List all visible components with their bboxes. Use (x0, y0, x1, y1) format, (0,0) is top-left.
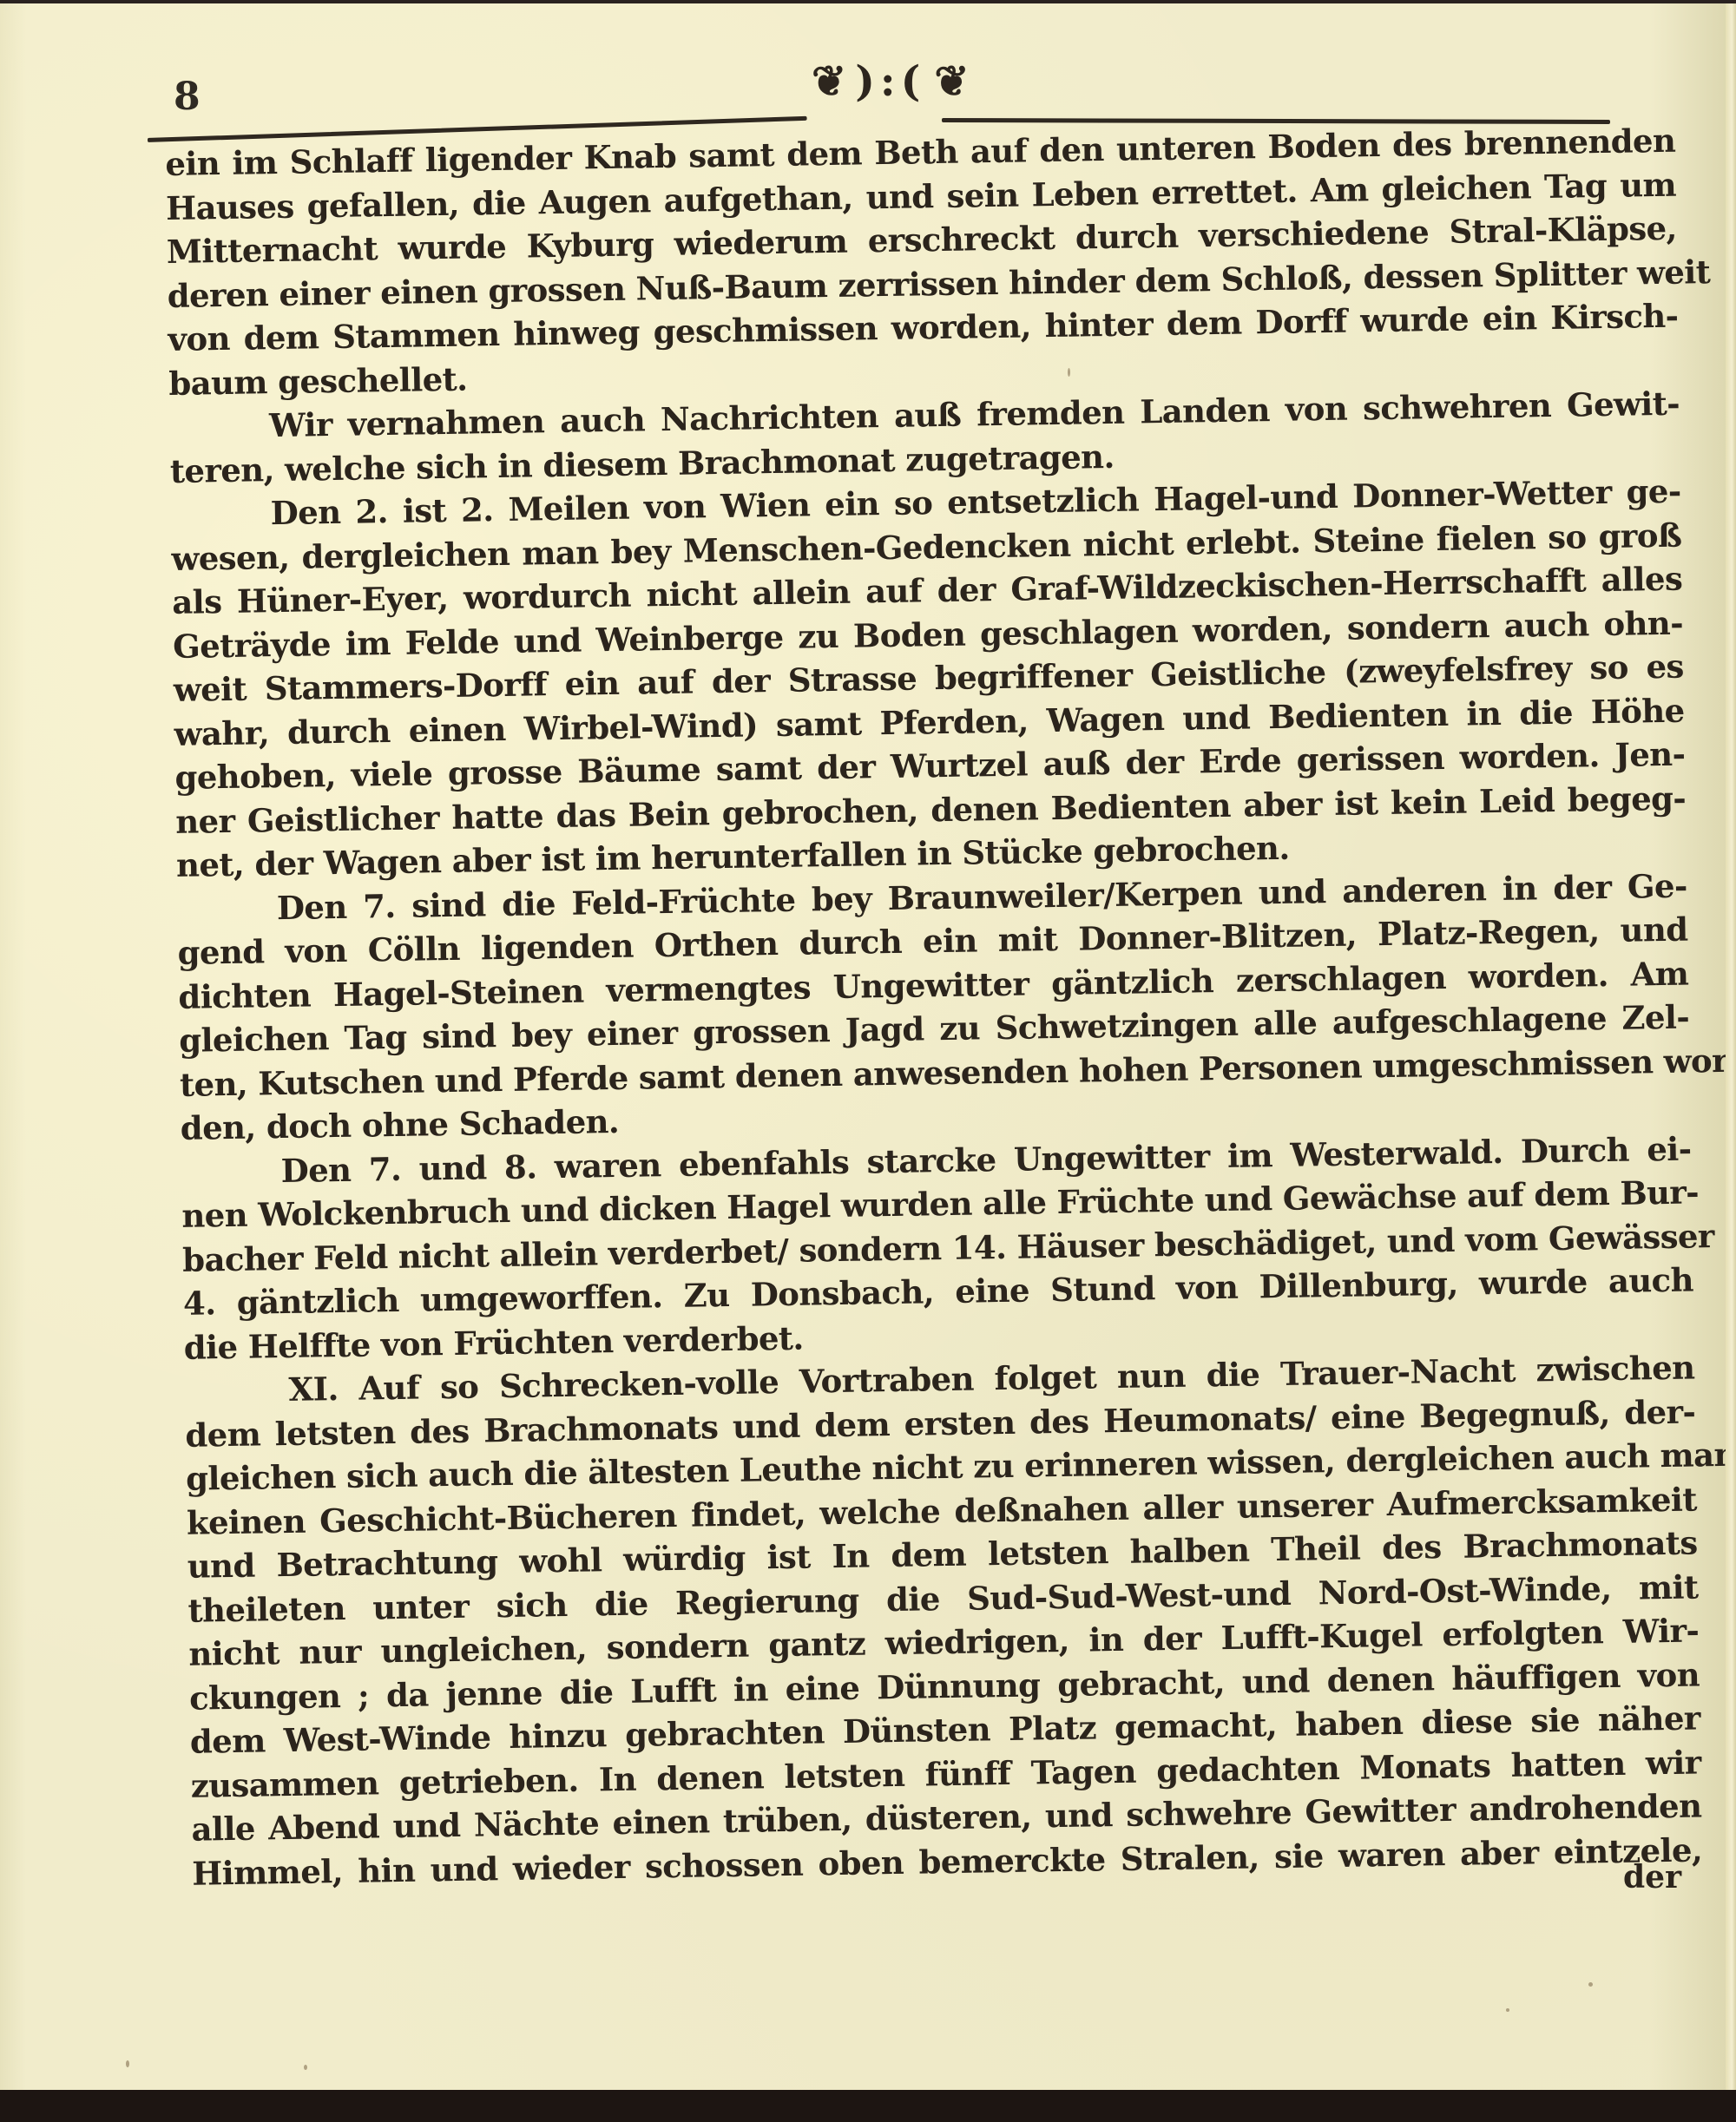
paper-speck (126, 2060, 129, 2067)
paper-speck (304, 2065, 307, 2070)
scan-bottom-border (0, 2090, 1736, 2122)
paper-speck (1506, 2008, 1509, 2012)
body-text: ein im Schlaff ligender Knab samt dem Be… (165, 119, 1703, 1895)
page-edge (1726, 3, 1736, 2090)
ornament-mark: ):( (855, 61, 925, 102)
paper-speck (1068, 368, 1070, 377)
header-ornament: ❦ ):( ❦ (812, 61, 970, 102)
fleuron-left-icon: ❦ (812, 61, 846, 102)
book-page: 8 ❦ ):( ❦ ein im Schlaff ligender Knab s… (0, 3, 1729, 2090)
catchword: der (1623, 1859, 1681, 1895)
page-number: 8 (174, 75, 201, 119)
fleuron-right-icon: ❦ (934, 61, 969, 102)
paper-speck (1588, 1982, 1593, 1987)
